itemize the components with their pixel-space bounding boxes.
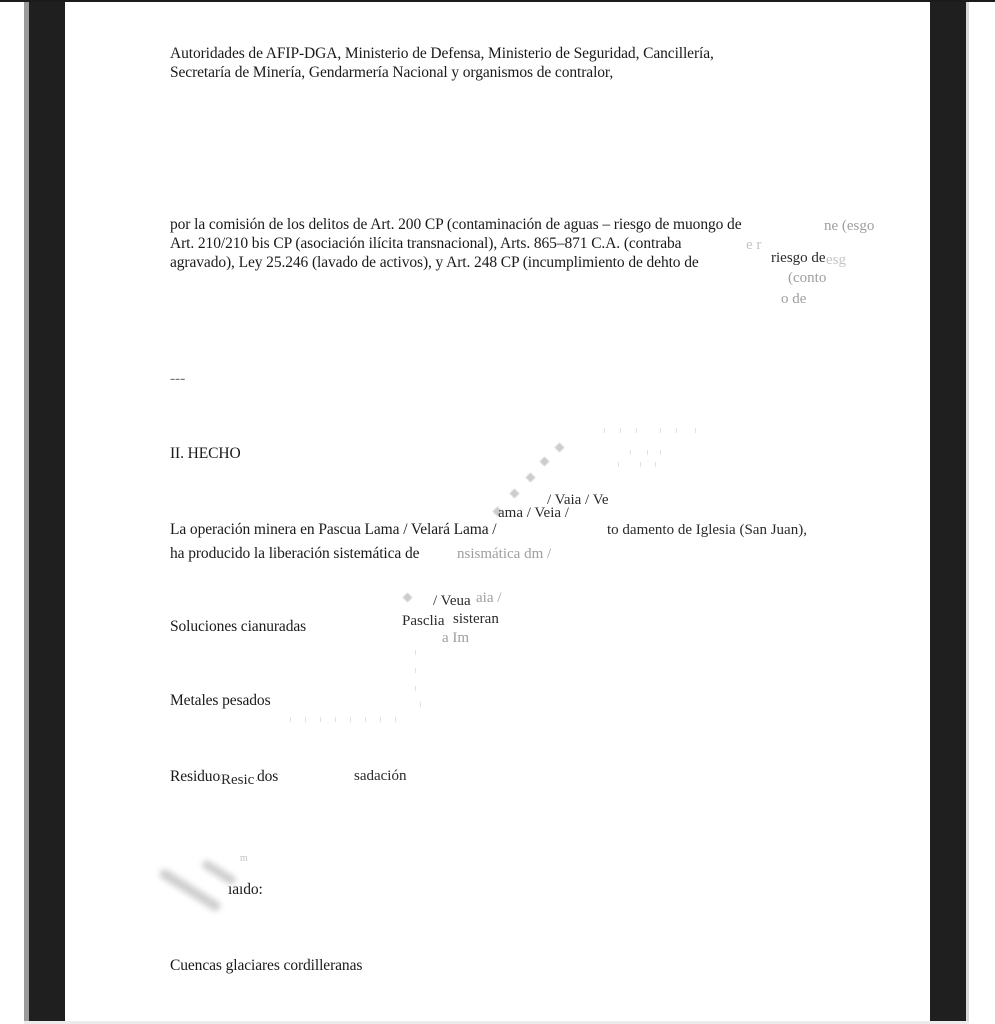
right-gutter [966, 2, 969, 1024]
ghost-text: sisteran [453, 611, 499, 628]
ghost-text: ama / Veia / [498, 505, 569, 522]
ghost-text: (conto [788, 270, 826, 287]
ghost-text: sadación [354, 768, 406, 785]
ghost-text: esg [826, 252, 846, 269]
charges-line-1: por la comisión de los delitos de Art. 2… [170, 216, 741, 234]
list-item: Soluciones cianuradas [170, 618, 306, 636]
separator: --- [170, 370, 185, 388]
ghost-text: o de [781, 291, 806, 308]
ghost-text: riesgo de [771, 250, 826, 267]
facts-line-1: La operación minera en Pascua Lama / Vel… [170, 521, 497, 539]
facts-line-2: ha producido la liberación sistemática d… [170, 545, 419, 563]
ghost-text: Resic [221, 772, 256, 789]
ghost-text: e r [746, 237, 761, 254]
ghost-text: / Veua [433, 593, 471, 610]
ghost-text: to damento de Iglesia (San Juan), [607, 522, 807, 539]
ghost-text: a Im [442, 630, 469, 647]
ghost-text: Pasclia [402, 613, 445, 630]
charges-line-2: Art. 210/210 bis CP (asociación ilícita … [170, 235, 681, 253]
ghost-text: ne (esgo [824, 218, 874, 235]
list-item: Metales pesados [170, 692, 271, 710]
left-frame-band [29, 2, 65, 1024]
charges-line-3: agravado), Ley 25.246 (lavado de activos… [170, 254, 699, 272]
addressees-line-1: Autoridades de AFIP-DGA, Ministerio de D… [170, 45, 714, 63]
ghost-text: m [240, 850, 248, 867]
list-item: Cuencas glaciares cordilleranas [170, 957, 362, 975]
ghost-text: aia / [476, 590, 501, 607]
addressees-line-2: Secretaría de Minería, Gendarmería Nacio… [170, 64, 613, 82]
ghost-text: nsismática dm / [457, 546, 551, 563]
right-frame-band [930, 2, 966, 1024]
section-heading: II. HECHO [170, 445, 241, 463]
affected-label: ıaıdo: [228, 881, 263, 899]
